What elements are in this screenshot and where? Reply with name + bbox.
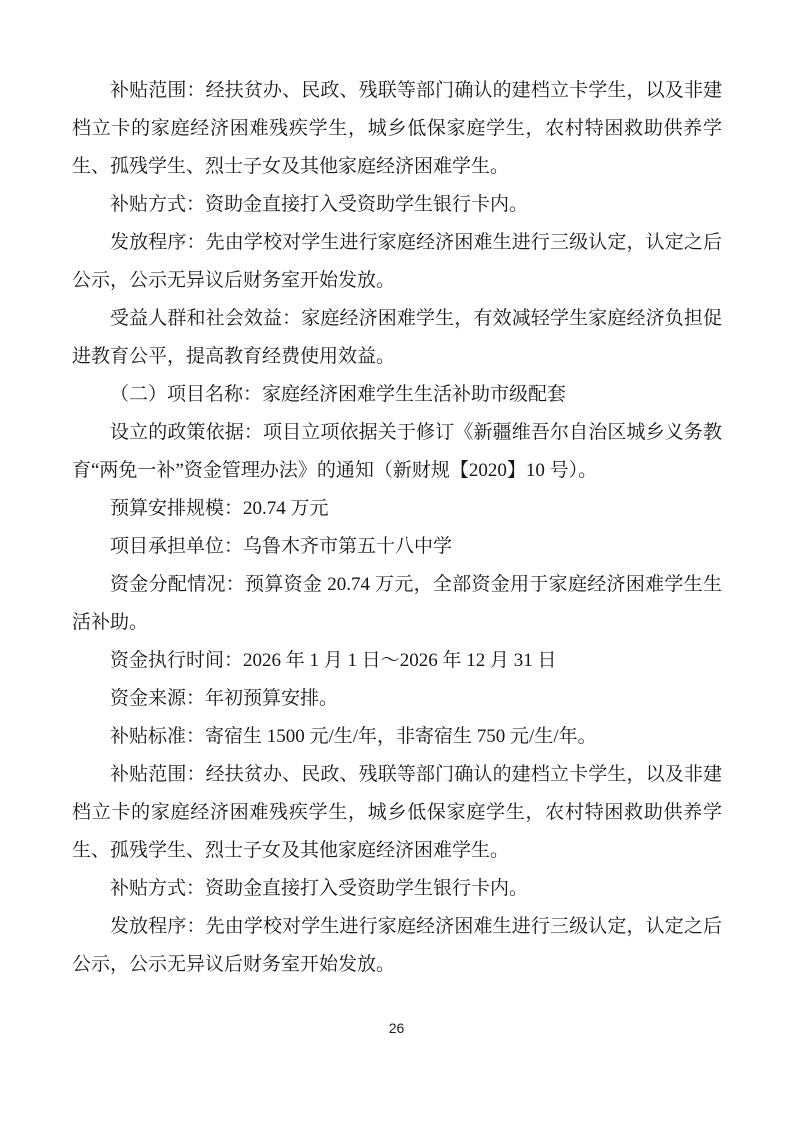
paragraph-fund-execution-period: 资金执行时间：2026 年 1 月 1 日～2026 年 12 月 31 日 [72, 642, 722, 680]
paragraph-project-name-heading: （二）项目名称：家庭经济困难学生生活补助市级配套 [72, 376, 722, 414]
paragraph-fund-allocation: 资金分配情况：预算资金 20.74 万元，全部资金用于家庭经济困难学生生活补助。 [72, 566, 722, 642]
paragraph-subsidy-method-2: 补贴方式：资助金直接打入受资助学生银行卡内。 [72, 870, 722, 908]
paragraph-budget-scale: 预算安排规模：20.74 万元 [72, 490, 722, 528]
page-number: 26 [389, 1020, 405, 1036]
paragraph-disbursement-procedure: 发放程序：先由学校对学生进行家庭经济困难生进行三级认定，认定之后公示，公示无异议… [72, 224, 722, 300]
paragraph-beneficiaries-social-benefit: 受益人群和社会效益：家庭经济困难学生，有效减轻学生家庭经济负担促进教育公平，提高… [72, 300, 722, 376]
paragraph-disbursement-procedure-2: 发放程序：先由学校对学生进行家庭经济困难生进行三级认定，认定之后公示，公示无异议… [72, 908, 722, 984]
paragraph-subsidy-method: 补贴方式：资助金直接打入受资助学生银行卡内。 [72, 186, 722, 224]
document-page: 补贴范围：经扶贫办、民政、残联等部门确认的建档立卡学生，以及非建档立卡的家庭经济… [0, 0, 793, 1122]
paragraph-subsidy-scope: 补贴范围：经扶贫办、民政、残联等部门确认的建档立卡学生，以及非建档立卡的家庭经济… [72, 72, 722, 186]
paragraph-subsidy-scope-2: 补贴范围：经扶贫办、民政、残联等部门确认的建档立卡学生，以及非建档立卡的家庭经济… [72, 756, 722, 870]
paragraph-fund-source: 资金来源：年初预算安排。 [72, 680, 722, 718]
paragraph-undertaking-unit: 项目承担单位：乌鲁木齐市第五十八中学 [72, 528, 722, 566]
paragraph-subsidy-standard: 补贴标准：寄宿生 1500 元/生/年，非寄宿生 750 元/生/年。 [72, 718, 722, 756]
page-footer: 26 [0, 1020, 793, 1038]
document-body: 补贴范围：经扶贫办、民政、残联等部门确认的建档立卡学生，以及非建档立卡的家庭经济… [72, 72, 722, 984]
paragraph-policy-basis: 设立的政策依据：项目立项依据关于修订《新疆维吾尔自治区城乡义务教育“两免一补”资… [72, 414, 722, 490]
